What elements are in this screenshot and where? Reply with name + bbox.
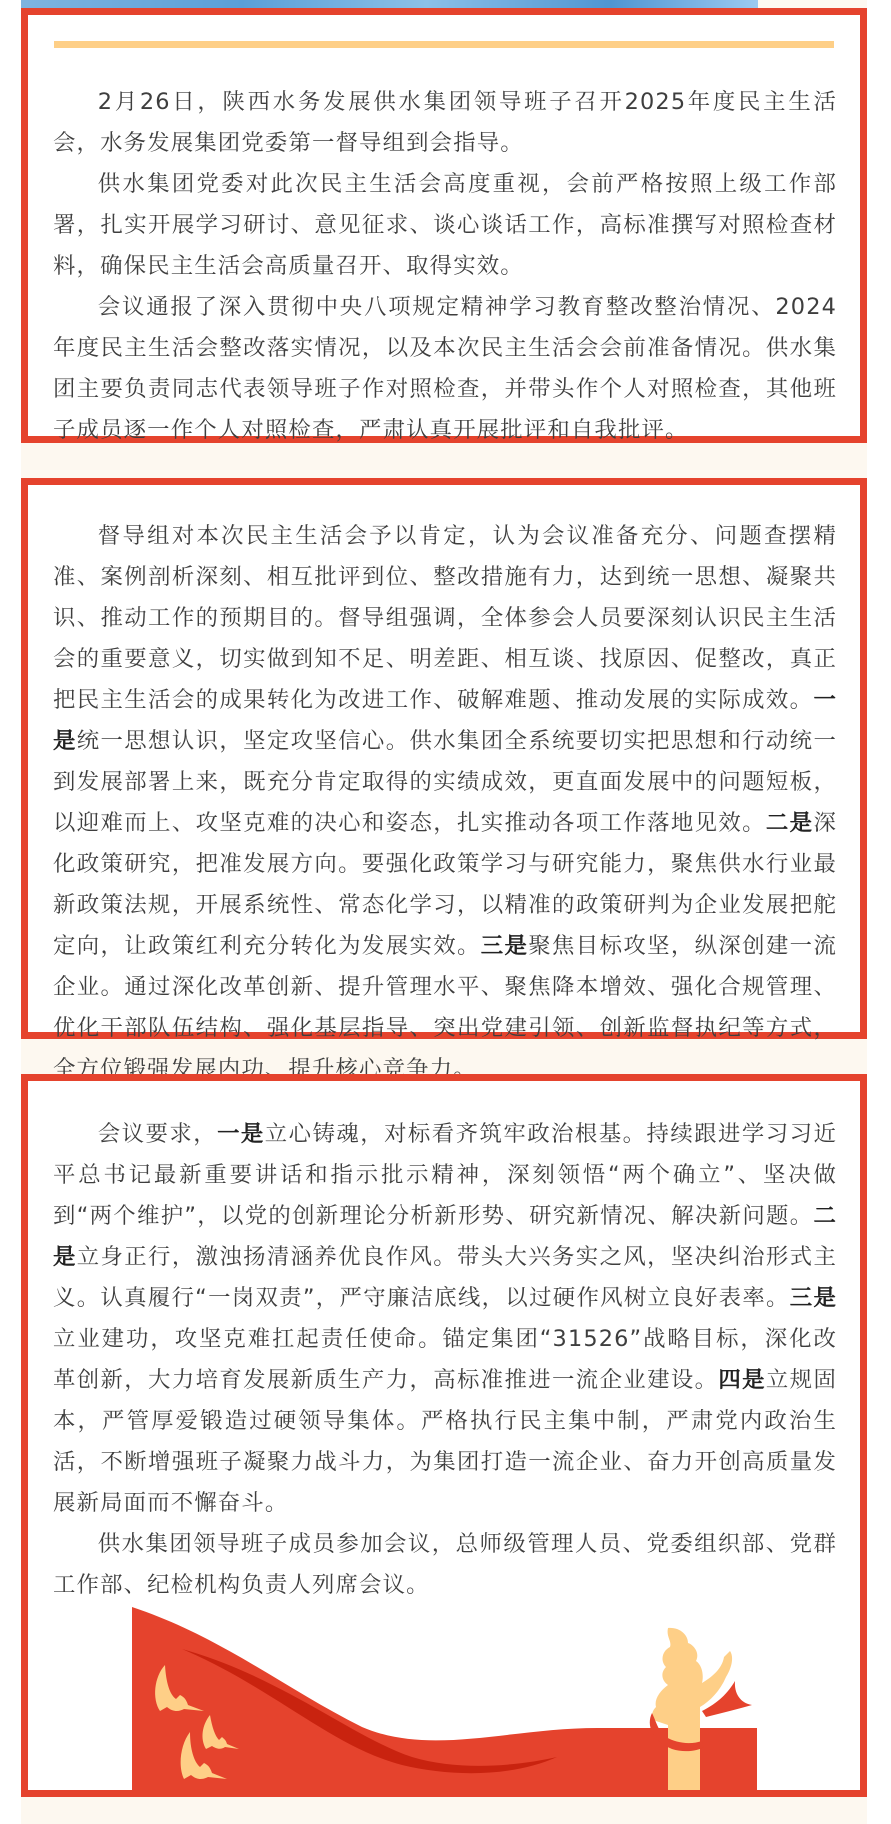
- water-banner-image: [21, 0, 758, 8]
- paragraph: 2月26日，陕西水务发展供水集团领导班子召开2025年度民主生活会，水务发展集团…: [53, 82, 837, 164]
- article-section-2: 督导组对本次民主生活会予以肯定，认为会议准备充分、问题查摆精准、案例剖析深刻、相…: [21, 478, 867, 1039]
- emphasis-label: 四是: [718, 1367, 766, 1393]
- red-flag-doves-huabiao-icon: [132, 1607, 757, 1790]
- text-run: 统一思想认识，坚定攻坚信心。供水集团全系统要切实把思想和行动统一到发展部署上来，…: [53, 728, 837, 836]
- emphasis-label: 一是: [217, 1121, 265, 1147]
- section-3-body: 会议要求，一是立心铸魂，对标看齐筑牢政治根基。持续跟进学习习近平总书记最新重要讲…: [53, 1114, 837, 1606]
- article-section-1: 2月26日，陕西水务发展供水集团领导班子召开2025年度民主生活会，水务发展集团…: [21, 8, 867, 443]
- paragraph: 会议通报了深入贯彻中央八项规定精神学习教育整改整治情况、2024年度民主生活会整…: [53, 287, 837, 451]
- emphasis-label: 三是: [481, 933, 529, 959]
- paragraph: 会议要求，一是立心铸魂，对标看齐筑牢政治根基。持续跟进学习习近平总书记最新重要讲…: [53, 1114, 837, 1524]
- text-run: 督导组对本次民主生活会予以肯定，认为会议准备充分、问题查摆精准、案例剖析深刻、相…: [53, 523, 837, 713]
- paragraph: 供水集团党委对此次民主生活会高度重视，会前严格按照上级工作部署，扎实开展学习研讨…: [53, 164, 837, 287]
- text-run: 会议要求，: [98, 1121, 217, 1147]
- article-section-3: 会议要求，一是立心铸魂，对标看齐筑牢政治根基。持续跟进学习习近平总书记最新重要讲…: [21, 1074, 867, 1797]
- paragraph: 供水集团领导班子成员参加会议，总师级管理人员、党委组织部、党群工作部、纪检机构负…: [53, 1524, 837, 1606]
- section-1-body: 2月26日，陕西水务发展供水集团领导班子召开2025年度民主生活会，水务发展集团…: [53, 82, 837, 451]
- decorative-divider: [54, 41, 834, 48]
- paragraph: 督导组对本次民主生活会予以肯定，认为会议准备充分、问题查摆精准、案例剖析深刻、相…: [53, 516, 837, 1090]
- emphasis-label: 二是: [766, 810, 814, 836]
- emphasis-label: 三是: [790, 1285, 837, 1311]
- section-2-body: 督导组对本次民主生活会予以肯定，认为会议准备充分、问题查摆精准、案例剖析深刻、相…: [53, 516, 837, 1090]
- text-run: 立身正行，激浊扬清涵养优良作风。带头大兴务实之风，坚决纠治形式主义。认真履行“一…: [53, 1244, 837, 1311]
